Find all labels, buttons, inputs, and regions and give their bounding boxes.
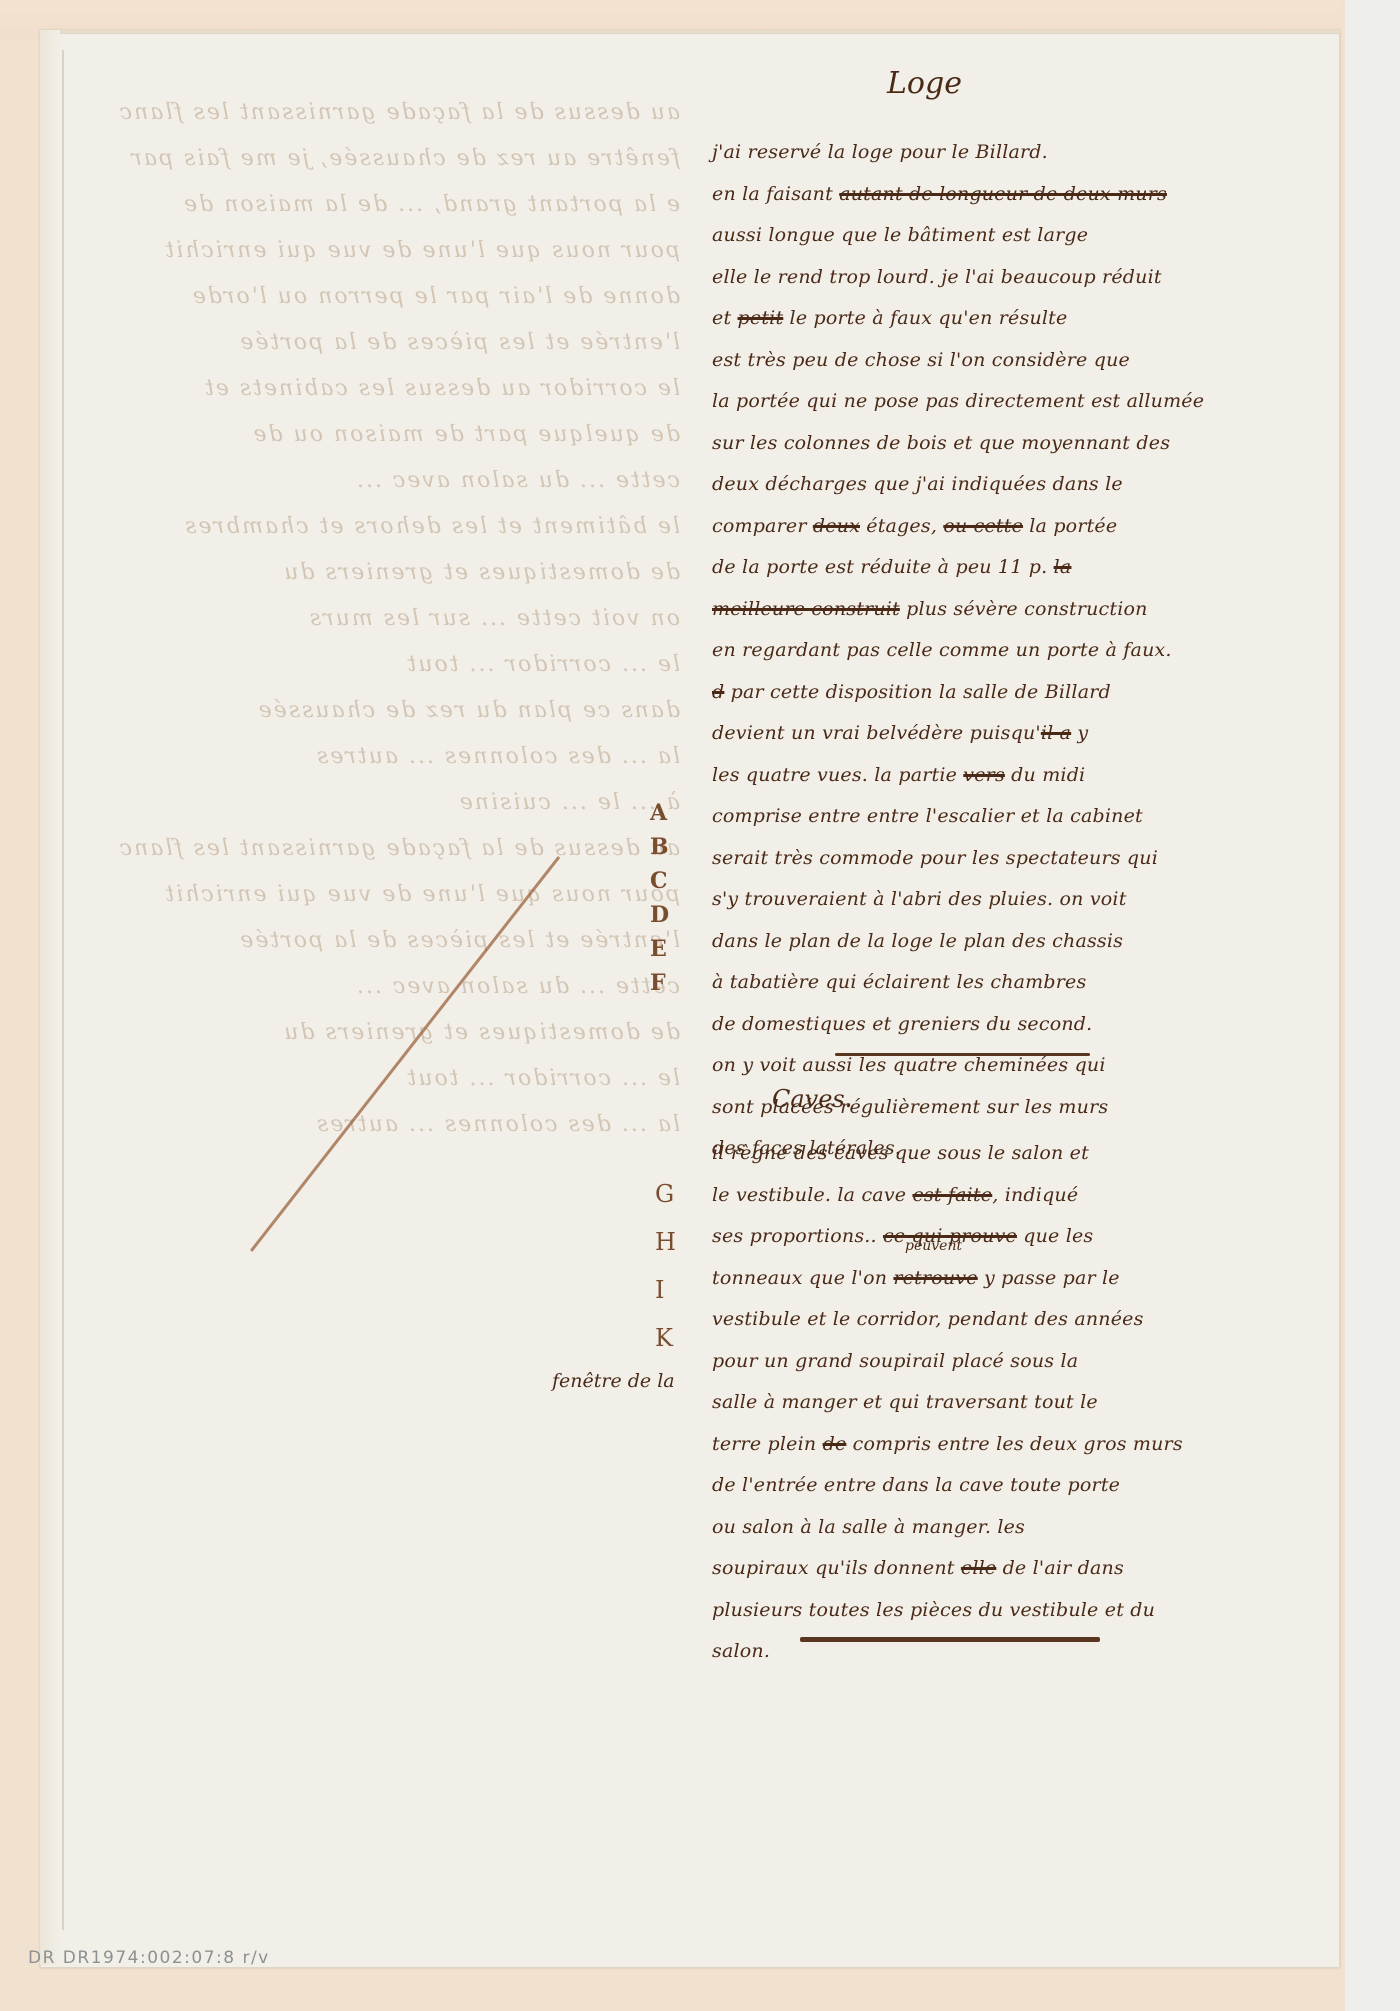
manuscript-line: les quatre vues. la partie vers du midi bbox=[712, 755, 1332, 797]
margin-letter: I bbox=[655, 1276, 676, 1324]
closing-flourish-rule bbox=[800, 1637, 1100, 1642]
showthrough-line: fenêtre au rez de chaussée, je me fais p… bbox=[120, 136, 680, 182]
margin-letter: A bbox=[650, 800, 690, 834]
interlinear-insertion: peuvent bbox=[905, 1238, 962, 1254]
margin-letter: H bbox=[655, 1228, 676, 1276]
struck-through-text: autant de longueur de deux murs bbox=[839, 183, 1167, 205]
manuscript-line: d par cette disposition la salle de Bill… bbox=[712, 672, 1332, 714]
manuscript-line: soupiraux qu'ils donnent elle de l'air d… bbox=[712, 1548, 1332, 1590]
section-heading-caves: Caves. bbox=[772, 1075, 1332, 1123]
margin-letter-column-lower: G H I K bbox=[655, 1180, 676, 1372]
showthrough-line: de quelque part de maison ou de bbox=[120, 412, 680, 458]
struck-through-text: retrouve bbox=[893, 1267, 977, 1289]
manuscript-line: devient un vrai belvédère puisqu'il a y bbox=[712, 713, 1332, 755]
manuscript-line: j'ai reservé la loge pour le Billard. bbox=[712, 132, 1332, 174]
struck-through-text: deux bbox=[813, 515, 860, 537]
manuscript-line: meilleure construit plus sévère construc… bbox=[712, 589, 1332, 631]
margin-letter: G bbox=[655, 1180, 676, 1228]
margin-letter: B bbox=[650, 834, 690, 868]
showthrough-line: de domestiques et greniers du bbox=[120, 1010, 680, 1056]
manuscript-line: en regardant pas celle comme un porte à … bbox=[712, 630, 1332, 672]
margin-letter: E bbox=[650, 936, 690, 970]
struck-through-text: la bbox=[1054, 556, 1072, 578]
manuscript-line: vestibule et le corridor, pendant des an… bbox=[712, 1299, 1332, 1341]
manuscript-line: pour un grand soupirail placé sous la bbox=[712, 1341, 1332, 1383]
showthrough-line: le ... corridor ... tout bbox=[120, 642, 680, 688]
showthrough-line: cette ... du salon avec ... bbox=[120, 458, 680, 504]
manuscript-line: aussi longue que le bâtiment est large bbox=[712, 215, 1332, 257]
showthrough-line: l'entrée et les pièces de la portée bbox=[120, 918, 680, 964]
manuscript-line: elle le rend trop lourd. je l'ai beaucou… bbox=[712, 257, 1332, 299]
section-divider-rule bbox=[835, 1053, 1090, 1056]
showthrough-line: cette ... du salon avec ... bbox=[120, 964, 680, 1010]
showthrough-line: dans ce plan du rez de chaussée bbox=[120, 688, 680, 734]
section-heading-loge: Loge bbox=[887, 60, 1332, 108]
struck-through-text: de bbox=[823, 1433, 847, 1455]
struck-through-text: meilleure construit bbox=[712, 598, 900, 620]
margin-letter: C bbox=[650, 868, 690, 902]
manuscript-line: de l'entrée entre dans la cave toute por… bbox=[712, 1465, 1332, 1507]
manuscript-line: deux décharges que j'ai indiquées dans l… bbox=[712, 464, 1332, 506]
showthrough-line: au dessus de la façade garnissant les fl… bbox=[120, 826, 680, 872]
manuscript-line: comprise entre entre l'escalier et la ca… bbox=[712, 796, 1332, 838]
catalog-number: DR DR1974:002:07:8 r/v bbox=[28, 1948, 270, 1968]
manuscript-line: il règne des caves que sous le salon et bbox=[712, 1133, 1332, 1175]
section-caves: Caves. il règne des caves que sous le sa… bbox=[712, 1075, 1332, 1673]
struck-through-text: vers bbox=[963, 764, 1005, 786]
margin-insertion: fenêtre de la bbox=[552, 1370, 675, 1392]
manuscript-line: ses proportions.. ce qui prouve que les bbox=[712, 1216, 1332, 1258]
showthrough-line: e la portant grand, ... de la maison de bbox=[120, 182, 680, 228]
manuscript-line: plusieurs toutes les pièces du vestibule… bbox=[712, 1590, 1332, 1632]
manuscript-line: à tabatière qui éclairent les chambres bbox=[712, 962, 1332, 1004]
manuscript-line: dans le plan de la loge le plan des chas… bbox=[712, 921, 1332, 963]
manuscript-line: est très peu de chose si l'on considère … bbox=[712, 340, 1332, 382]
showthrough-line: le corridor au dessus les cabinets et bbox=[120, 366, 680, 412]
margin-letter: K bbox=[655, 1324, 676, 1372]
manuscript-line: s'y trouveraient à l'abri des pluies. on… bbox=[712, 879, 1332, 921]
showthrough-line: on voit cette ... sur les murs bbox=[120, 596, 680, 642]
struck-through-text: d bbox=[712, 681, 724, 703]
struck-through-text: ou cette bbox=[943, 515, 1023, 537]
manuscript-line: ou salon à la salle à manger. les bbox=[712, 1507, 1332, 1549]
manuscript-line: la portée qui ne pose pas directement es… bbox=[712, 381, 1332, 423]
struck-through-text: est faite bbox=[912, 1184, 992, 1206]
margin-letter: D bbox=[650, 902, 690, 936]
manuscript-line: et petit le porte à faux qu'en résulte bbox=[712, 298, 1332, 340]
showthrough-line: à ... le ... cuisine bbox=[120, 780, 680, 826]
struck-through-text: il a bbox=[1041, 722, 1071, 744]
manuscript-line: salle à manger et qui traversant tout le bbox=[712, 1382, 1332, 1424]
mount-board-right bbox=[1345, 0, 1400, 2011]
manuscript-line: terre plein de compris entre les deux gr… bbox=[712, 1424, 1332, 1466]
showthrough-line: de domestiques et greniers du bbox=[120, 550, 680, 596]
verso-showthrough-text: au dessus de la façade garnissant les fl… bbox=[120, 90, 680, 1640]
manuscript-line: de domestiques et greniers du second. bbox=[712, 1004, 1332, 1046]
sheet-deckle-edge bbox=[40, 30, 60, 1965]
showthrough-line: donne de l'air par le perron ou l'orde bbox=[120, 274, 680, 320]
showthrough-line: pour nous que l'une de vue qui enrichit bbox=[120, 228, 680, 274]
struck-through-text: petit bbox=[738, 307, 784, 329]
showthrough-line: l'entrée et les pièces de la portée bbox=[120, 320, 680, 366]
section-loge: Loge j'ai reservé la loge pour le Billar… bbox=[712, 60, 1332, 1170]
manuscript-line: serait très commode pour les spectateurs… bbox=[712, 838, 1332, 880]
manuscript-line: en la faisant autant de longueur de deux… bbox=[712, 174, 1332, 216]
showthrough-line: pour nous que l'une de vue qui enrichit bbox=[120, 872, 680, 918]
showthrough-line: la ... des colonnes ... autres bbox=[120, 734, 680, 780]
sheet-fold-line bbox=[62, 50, 64, 1930]
showthrough-line: la ... des colonnes ... autres bbox=[120, 1102, 680, 1148]
struck-through-text: elle bbox=[961, 1557, 996, 1579]
showthrough-line: le bâtiment et les dehors et chambres bbox=[120, 504, 680, 550]
manuscript-line: sur les colonnes de bois et que moyennan… bbox=[712, 423, 1332, 465]
showthrough-line: au dessus de la façade garnissant les fl… bbox=[120, 90, 680, 136]
manuscript-line: de la porte est réduite à peu 11 p. la bbox=[712, 547, 1332, 589]
manuscript-line: le vestibule. la cave est faite, indiqué bbox=[712, 1175, 1332, 1217]
showthrough-line: le ... corridor ... tout bbox=[120, 1056, 680, 1102]
margin-letter: F bbox=[650, 970, 690, 1004]
manuscript-line: tonneaux que l'on retrouve y passe par l… bbox=[712, 1258, 1332, 1300]
margin-letter-column: A B C D E F bbox=[650, 800, 690, 1004]
manuscript-line: comparer deux étages, ou cette la portée bbox=[712, 506, 1332, 548]
